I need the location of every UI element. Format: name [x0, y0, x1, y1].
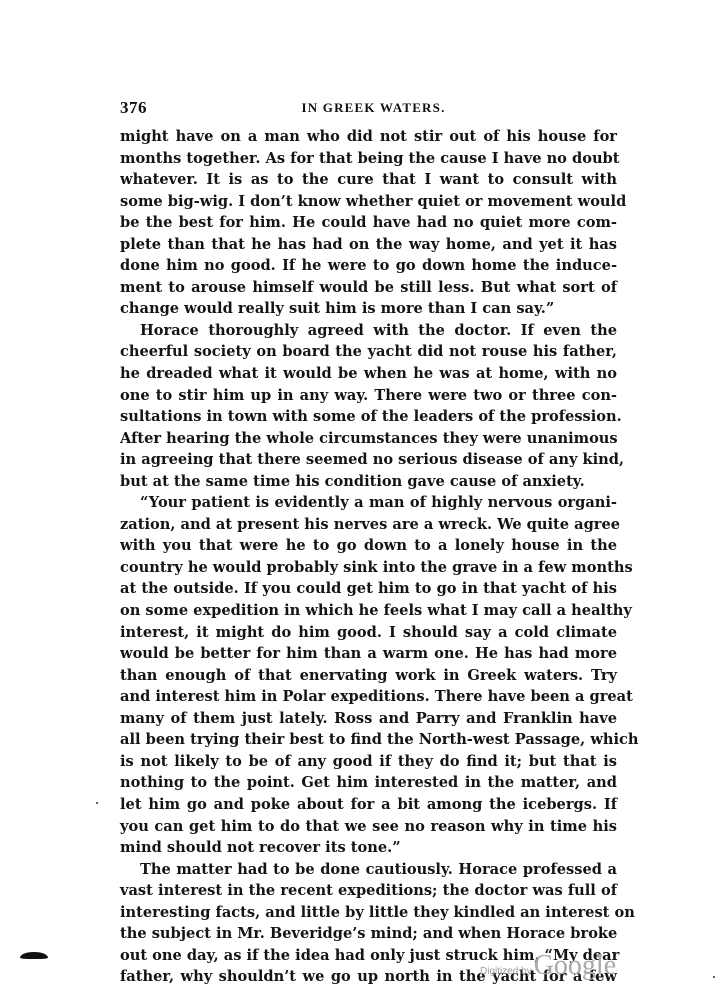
text-line: and interest him in Polar expeditions. T…: [120, 686, 617, 708]
text-line: done him no good. If he were to go down …: [120, 255, 617, 277]
ink-speck: [96, 802, 98, 804]
running-title: IN GREEK WATERS.: [120, 100, 617, 116]
text-line: would be better for him than a warm one.…: [120, 643, 617, 665]
text-line: with you that were he to go down to a lo…: [120, 535, 617, 557]
text-line: interesting facts, and little by little …: [120, 902, 617, 924]
text-line: you can get him to do that we see no rea…: [120, 816, 617, 838]
digitized-by-label: Digitized by: [480, 966, 532, 977]
ink-speck: [713, 976, 715, 978]
text-line: nothing to the point. Get him interested…: [120, 772, 617, 794]
text-line: interest, it might do him good. I should…: [120, 622, 617, 644]
google-logo: Google: [534, 950, 616, 982]
text-line: mind should not recover its tone.”: [120, 837, 617, 859]
text-line: cheerful society on board the yacht did …: [120, 341, 617, 363]
text-line: let him go and poke about for a bit amon…: [120, 794, 617, 816]
text-line: months together. As for that being the c…: [120, 148, 617, 170]
book-page: 376 IN GREEK WATERS. might have on a man…: [0, 0, 718, 1000]
text-line: on some expedition in which he feels wha…: [120, 600, 617, 622]
text-line: whatever. It is as to the cure that I wa…: [120, 169, 617, 191]
body-text: might have on a man who did not stir out…: [120, 126, 617, 988]
text-line: many of them just lately. Ross and Parry…: [120, 708, 617, 730]
digitized-by-google-watermark: Digitized by Google: [480, 950, 616, 982]
text-line: sultations in town with some of the lead…: [120, 406, 617, 428]
text-line: be the best for him. He could have had n…: [120, 212, 617, 234]
text-line: plete than that he has had on the way ho…: [120, 234, 617, 256]
text-line: the subject in Mr. Beveridge’s mind; and…: [120, 923, 617, 945]
text-line: country he would probably sink into the …: [120, 557, 617, 579]
text-line: some big-wig. I don’t know whether quiet…: [120, 191, 617, 213]
text-line: at the outside. If you could get him to …: [120, 578, 617, 600]
text-line: change would really suit him is more tha…: [120, 298, 617, 320]
text-line: “Your patient is evidently a man of high…: [120, 492, 617, 514]
text-line: The matter had to be done cautiously. Ho…: [120, 859, 617, 881]
text-line: than enough of that enervating work in G…: [120, 665, 617, 687]
text-line: all been trying their best to find the N…: [120, 729, 617, 751]
text-line: but at the same time his condition gave …: [120, 471, 617, 493]
text-line: is not likely to be of any good if they …: [120, 751, 617, 773]
page-header: 376 IN GREEK WATERS.: [120, 98, 617, 118]
ink-speck: [278, 973, 280, 975]
text-line: Horace thoroughly agreed with the doctor…: [120, 320, 617, 342]
text-line: he dreaded what it would be when he was …: [120, 363, 617, 385]
text-line: After hearing the whole circumstances th…: [120, 428, 617, 450]
text-line: in agreeing that there seemed no serious…: [120, 449, 617, 471]
text-line: zation, and at present his nerves are a …: [120, 514, 617, 536]
text-line: might have on a man who did not stir out…: [120, 126, 617, 148]
text-line: one to stir him up in any way. There wer…: [120, 385, 617, 407]
text-line: ment to arouse himself would be still le…: [120, 277, 617, 299]
ink-smudge: [20, 952, 48, 959]
text-line: vast interest in the recent expeditions;…: [120, 880, 617, 902]
